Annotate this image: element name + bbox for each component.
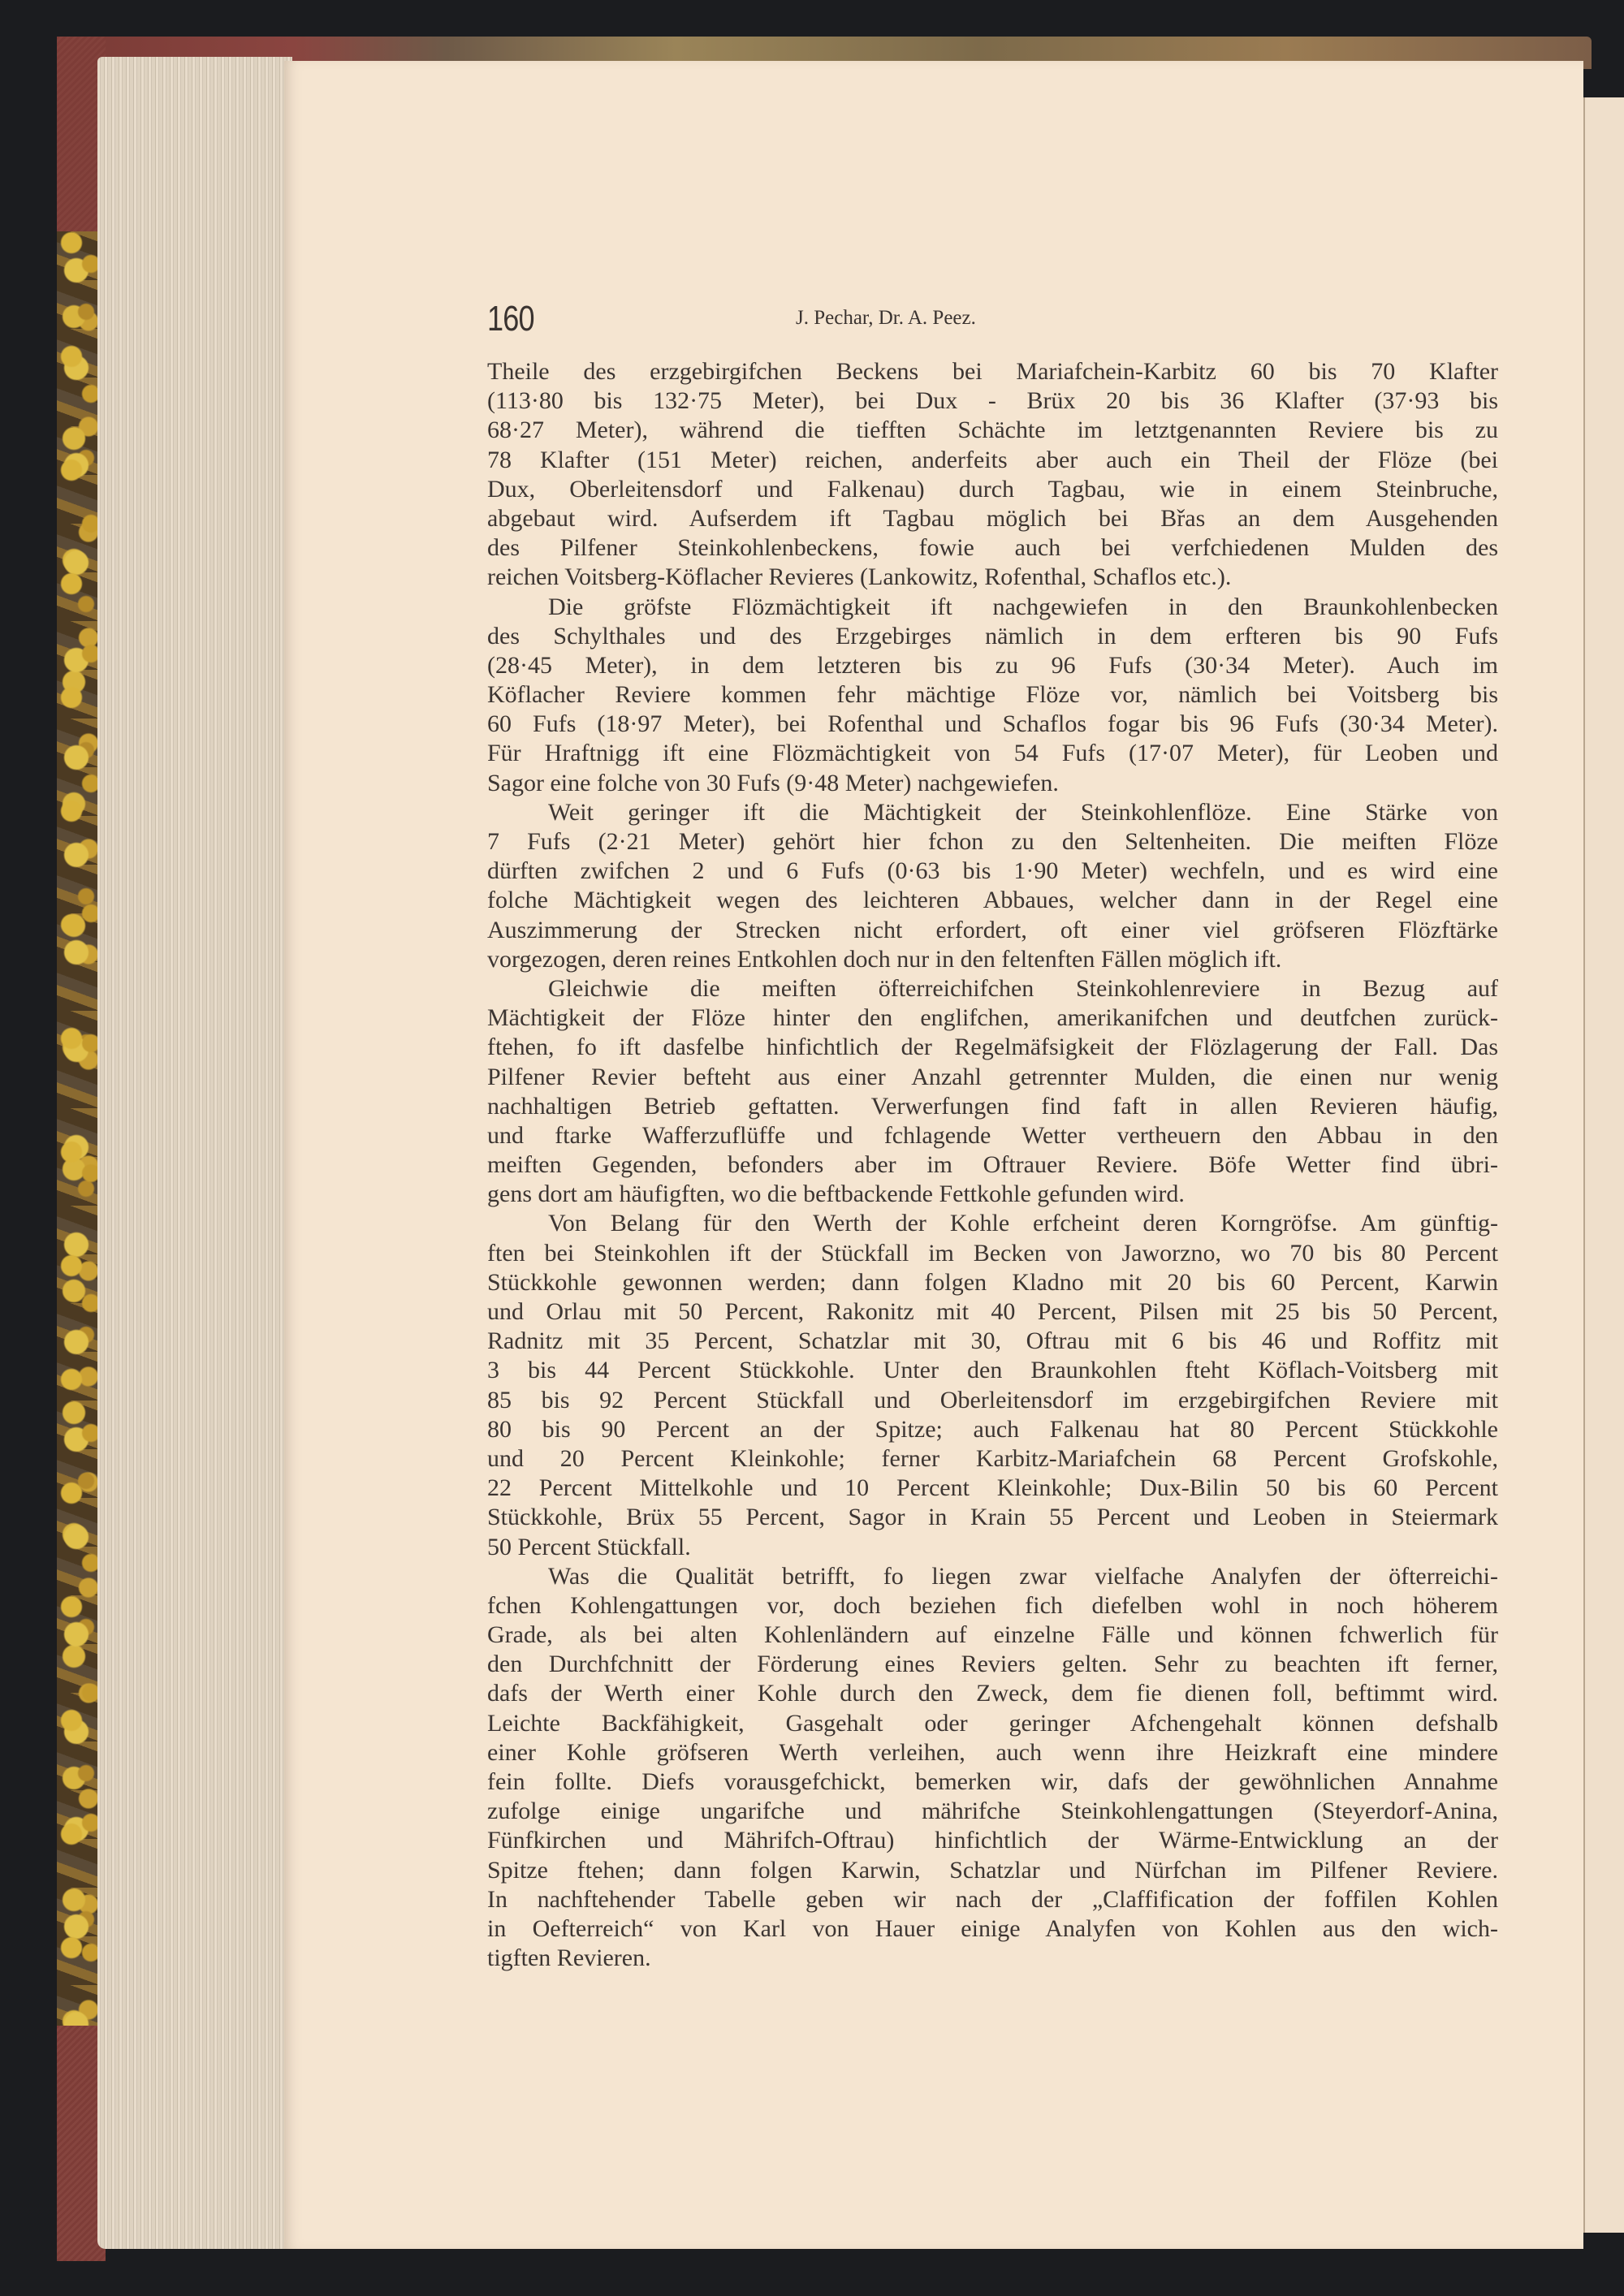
- text-line: (113·80 bis 132·75 Meter), bei Dux - Brü…: [487, 386, 1498, 416]
- paragraph: Was die Qualität betrifft, fo liegen zwa…: [487, 1562, 1498, 1974]
- paragraph: Die gröfste Flözmächtigkeit ift nachgewi…: [487, 593, 1498, 798]
- text-line: ftehen, fo ift dasfelbe hinfichtlich der…: [487, 1033, 1498, 1062]
- text-line: einer Kohle gröfseren Werth verleihen, a…: [487, 1738, 1498, 1767]
- text-line: 22 Percent Mittelkohle und 10 Percent Kl…: [487, 1474, 1498, 1503]
- text-line: nachhaltigen Betrieb geftatten. Verwerfu…: [487, 1092, 1498, 1121]
- text-line: des Pilfener Steinkohlenbeckens, fowie a…: [487, 533, 1498, 563]
- page-stack-edges: [97, 57, 292, 2249]
- text-line: in Oefterreich“ von Karl von Hauer einig…: [487, 1914, 1498, 1944]
- text-line: und ftarke Wafferzuflüffe und fchlagende…: [487, 1121, 1498, 1150]
- text-line: Sagor eine folche von 30 Fufs (9·48 Mete…: [487, 769, 1498, 798]
- text-line: 78 Klafter (151 Meter) reichen, anderfei…: [487, 446, 1498, 475]
- text-line: abgebaut wird. Aufserdem ift Tagbau mögl…: [487, 504, 1498, 533]
- text-line: und Orlau mit 50 Percent, Rakonitz mit 4…: [487, 1297, 1498, 1327]
- text-line: (28·45 Meter), in dem letzteren bis zu 9…: [487, 651, 1498, 680]
- text-line: des Schylthales und des Erzgebirges näml…: [487, 622, 1498, 651]
- text-line: Gleichwie die meiften öfterreichifchen S…: [487, 974, 1498, 1003]
- text-line: Leichte Backfähigkeit, Gasgehalt oder ge…: [487, 1709, 1498, 1738]
- page-number: 160: [487, 299, 534, 339]
- text-line: meiften Gegenden, befonders aber im Oftr…: [487, 1150, 1498, 1180]
- text-line: Auszimmerung der Strecken nicht erforder…: [487, 916, 1498, 945]
- running-head: 160 J. Pechar, Dr. A. Peez.: [487, 299, 1498, 339]
- text-line: 68·27 Meter), während die tiefften Schäc…: [487, 416, 1498, 445]
- text-line: tigften Revieren.: [487, 1944, 1498, 1973]
- text-line: Grade, als bei alten Kohlenländern auf e…: [487, 1621, 1498, 1650]
- text-line: folche Mächtigkeit wegen des leichteren …: [487, 886, 1498, 915]
- text-line: vorgezogen, deren reines Entkohlen doch …: [487, 945, 1498, 974]
- text-line: Die gröfste Flözmächtigkeit ift nachgewi…: [487, 593, 1498, 622]
- text-line: Dux, Oberleitensdorf und Falkenau) durch…: [487, 475, 1498, 504]
- text-line: fchen Kohlengattungen vor, doch beziehen…: [487, 1591, 1498, 1621]
- text-line: den Durchfchnitt der Förderung eines Rev…: [487, 1650, 1498, 1679]
- text-line: Radnitz mit 35 Percent, Schatzlar mit 30…: [487, 1327, 1498, 1356]
- body-text: Theile des erzgebirgifchen Beckens bei M…: [487, 357, 1498, 1973]
- text-line: 85 bis 92 Percent Stückfall und Oberleit…: [487, 1386, 1498, 1415]
- text-line: Von Belang für den Werth der Kohle erfch…: [487, 1209, 1498, 1238]
- text-line: 80 bis 90 Percent an der Spitze; auch Fa…: [487, 1415, 1498, 1444]
- text-line: Stückkohle gewonnen werden; dann folgen …: [487, 1268, 1498, 1297]
- text-line: zufolge einige ungarifche und mährifche …: [487, 1797, 1498, 1826]
- text-line: gens dort am häufigften, wo die beftback…: [487, 1180, 1498, 1209]
- text-line: 50 Percent Stückfall.: [487, 1533, 1498, 1562]
- paragraph: Gleichwie die meiften öfterreichifchen S…: [487, 974, 1498, 1210]
- text-line: Für Hraftnigg ift eine Flözmächtigkeit v…: [487, 739, 1498, 768]
- text-line: reichen Voitsberg-Köflacher Revieres (La…: [487, 563, 1498, 592]
- text-line: Köflacher Reviere kommen fehr mächtige F…: [487, 680, 1498, 710]
- text-line: 3 bis 44 Percent Stückkohle. Unter den B…: [487, 1356, 1498, 1385]
- text-line: dafs der Werth einer Kohle durch den Zwe…: [487, 1679, 1498, 1708]
- text-line: Fünfkirchen und Mährifch-Oftrau) hinfich…: [487, 1826, 1498, 1855]
- text-line: dürften zwifchen 2 und 6 Fufs (0·63 bis …: [487, 857, 1498, 886]
- text-line: Weit geringer ift die Mächtigkeit der St…: [487, 798, 1498, 827]
- text-line: fein follte. Diefs vorausgefchickt, beme…: [487, 1767, 1498, 1797]
- text-line: Theile des erzgebirgifchen Beckens bei M…: [487, 357, 1498, 386]
- facing-page-edge: [1583, 97, 1624, 2233]
- text-line: 60 Fufs (18·97 Meter), bei Rofenthal und…: [487, 710, 1498, 739]
- paragraph: Weit geringer ift die Mächtigkeit der St…: [487, 798, 1498, 974]
- paragraph: Theile des erzgebirgifchen Beckens bei M…: [487, 357, 1498, 593]
- text-line: 7 Fufs (2·21 Meter) gehört hier fchon zu…: [487, 827, 1498, 857]
- text-line: Mächtigkeit der Flöze hinter den englifc…: [487, 1003, 1498, 1033]
- text-line: und 20 Percent Kleinkohle; ferner Karbit…: [487, 1444, 1498, 1474]
- running-title: J. Pechar, Dr. A. Peez.: [796, 307, 976, 330]
- text-line: Stückkohle, Brüx 55 Percent, Sagor in Kr…: [487, 1503, 1498, 1532]
- text-line: In nachftehender Tabelle geben wir nach …: [487, 1885, 1498, 1914]
- text-line: Pilfener Revier befteht aus einer Anzahl…: [487, 1063, 1498, 1092]
- paragraph: Von Belang für den Werth der Kohle erfch…: [487, 1209, 1498, 1561]
- text-line: ften bei Steinkohlen ift der Stückfall i…: [487, 1239, 1498, 1268]
- text-line: Spitze ftehen; dann folgen Karwin, Schat…: [487, 1856, 1498, 1885]
- text-line: Was die Qualität betrifft, fo liegen zwa…: [487, 1562, 1498, 1591]
